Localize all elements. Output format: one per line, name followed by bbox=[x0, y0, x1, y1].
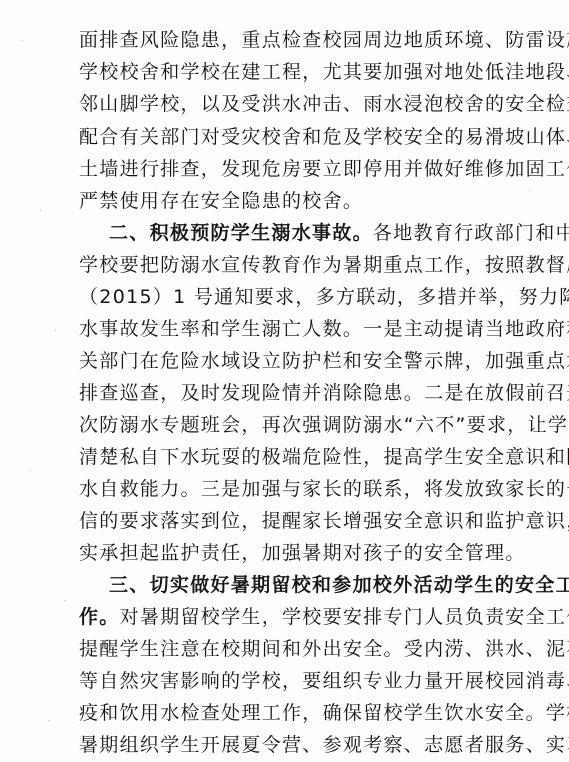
section-heading-3: 三、切实做好暑期留校和参加校外活动学生的安全工 bbox=[109, 574, 569, 596]
text-line-3: 邻山脚学校，以及受洪水冲击、雨水浸泡校舍的安全检查， bbox=[79, 92, 499, 116]
line-text: 信的要求落实到位，提醒家长增强安全意识和监护意识，切 bbox=[79, 510, 569, 532]
text-line-12: 排查巡查，及时发现险情并消除隐患。二是在放假前召开一 bbox=[79, 381, 499, 405]
line-text: 配合有关部门对受灾校舍和危及学校安全的易滑坡山体、挡 bbox=[79, 126, 569, 148]
line-text: 严禁使用存在安全隐患的校舍。 bbox=[79, 190, 363, 212]
line-text: 实承担起监护责任，加强暑期对孩子的安全管理。 bbox=[79, 542, 526, 564]
line-text: （2015）1 号通知要求，多方联动，多措并举，努力降低溺 bbox=[79, 286, 569, 308]
scan-speck bbox=[55, 330, 56, 331]
text-line-8: 学校要把防溺水宣传教育作为暑期重点工作，按照教督厅 bbox=[79, 253, 499, 277]
text-line-15: 水自救能力。三是加强与家长的联系，将发放致家长的一封 bbox=[79, 477, 499, 501]
line-text: 提醒学生注意在校期间和外出安全。受内涝、洪水、泥石流 bbox=[79, 638, 569, 660]
section-heading-3-line: 三、切实做好暑期留校和参加校外活动学生的安全工 bbox=[109, 573, 529, 597]
text-line-5: 土墙进行排查，发现危房要立即停用并做好维修加固工作， bbox=[79, 157, 499, 181]
text-line-17: 实承担起监护责任，加强暑期对孩子的安全管理。 bbox=[79, 541, 499, 565]
section-heading-2-line: 二、积极预防学生溺水事故。各地教育行政部门和中小 bbox=[109, 221, 529, 245]
line-text: 水事故发生率和学生溺亡人数。一是主动提请当地政府和有 bbox=[79, 318, 569, 340]
text-line-1: 面排查风险隐患，重点检查校园周边地质环境、防雷设施、 bbox=[79, 28, 499, 52]
line-text: 清楚私自下水玩耍的极端危险性，提高学生安全意识和防溺 bbox=[79, 446, 569, 468]
line-text: 土墙进行排查，发现危房要立即停用并做好维修加固工作， bbox=[79, 158, 569, 180]
text-line-4: 配合有关部门对受灾校舍和危及学校安全的易滑坡山体、挡 bbox=[79, 125, 499, 149]
text-line-13: 次防溺水专题班会，再次强调防溺水“六不”要求，让学生 bbox=[79, 413, 499, 437]
line-text: 对暑期留校学生，学校要安排专门人员负责安全工作， bbox=[120, 606, 569, 628]
text-line-9: （2015）1 号通知要求，多方联动，多措并举，努力降低溺 bbox=[79, 285, 499, 309]
scan-speck bbox=[48, 720, 49, 721]
section-heading-3-continuation: 作。对暑期留校学生，学校要安排专门人员负责安全工作， bbox=[79, 605, 499, 629]
scan-speck bbox=[530, 190, 531, 191]
scan-speck bbox=[64, 600, 65, 601]
line-text: 排查巡查，及时发现险情并消除隐患。二是在放假前召开一 bbox=[79, 382, 569, 404]
text-line-2: 学校校舍和学校在建工程，尤其要加强对地处低洼地段、毗 bbox=[79, 60, 499, 84]
line-text: 学校校舍和学校在建工程，尤其要加强对地处低洼地段、毗 bbox=[79, 61, 569, 83]
text-line-11: 关部门在危险水域设立防护栏和安全警示牌，加强重点水域 bbox=[79, 349, 499, 373]
text-line-23: 暑期组织学生开展夏令营、参观考察、志愿者服务、实习和 bbox=[79, 733, 499, 757]
line-text: 疫和饮用水检查处理工作，确保留校学生饮水安全。学校在 bbox=[79, 702, 569, 724]
text-line-6: 严禁使用存在安全隐患的校舍。 bbox=[79, 189, 499, 213]
text-line-20: 提醒学生注意在校期间和外出安全。受内涝、洪水、泥石流 bbox=[79, 637, 499, 661]
line-text: 次防溺水专题班会，再次强调防溺水“六不”要求，让学生 bbox=[79, 414, 569, 436]
line-text: 关部门在危险水域设立防护栏和安全警示牌，加强重点水域 bbox=[79, 350, 569, 372]
line-text: 学校要把防溺水宣传教育作为暑期重点工作，按照教督厅 bbox=[79, 254, 569, 276]
line-text: 各地教育行政部门和中小 bbox=[373, 222, 569, 244]
text-line-14: 清楚私自下水玩耍的极端危险性，提高学生安全意识和防溺 bbox=[79, 445, 499, 469]
scan-speck bbox=[520, 520, 521, 521]
text-line-10: 水事故发生率和学生溺亡人数。一是主动提请当地政府和有 bbox=[79, 317, 499, 341]
scan-speck bbox=[40, 210, 41, 211]
line-text: 水自救能力。三是加强与家长的联系，将发放致家长的一封 bbox=[79, 478, 569, 500]
line-text: 等自然灾害影响的学校，要组织专业力量开展校园消毒、防 bbox=[79, 670, 569, 692]
line-text: 邻山脚学校，以及受洪水冲击、雨水浸泡校舍的安全检查， bbox=[79, 93, 569, 115]
text-line-22: 疫和饮用水检查处理工作，确保留校学生饮水安全。学校在 bbox=[79, 701, 499, 725]
text-line-16: 信的要求落实到位，提醒家长增强安全意识和监护意识，切 bbox=[79, 509, 499, 533]
text-line-21: 等自然灾害影响的学校，要组织专业力量开展校园消毒、防 bbox=[79, 669, 499, 693]
scan-speck bbox=[22, 40, 23, 41]
line-text: 暑期组织学生开展夏令营、参观考察、志愿者服务、实习和 bbox=[79, 734, 569, 756]
scan-speck bbox=[30, 470, 31, 471]
scanned-document-page: 面排查风险隐患，重点检查校园周边地质环境、防雷设施、 学校校舍和学校在建工程，尤… bbox=[0, 0, 569, 762]
line-text: 面排查风险隐患，重点检查校园周边地质环境、防雷设施、 bbox=[79, 29, 569, 51]
section-heading-2: 二、积极预防学生溺水事故。 bbox=[109, 222, 373, 244]
section-heading-3-end: 作。 bbox=[79, 606, 120, 628]
